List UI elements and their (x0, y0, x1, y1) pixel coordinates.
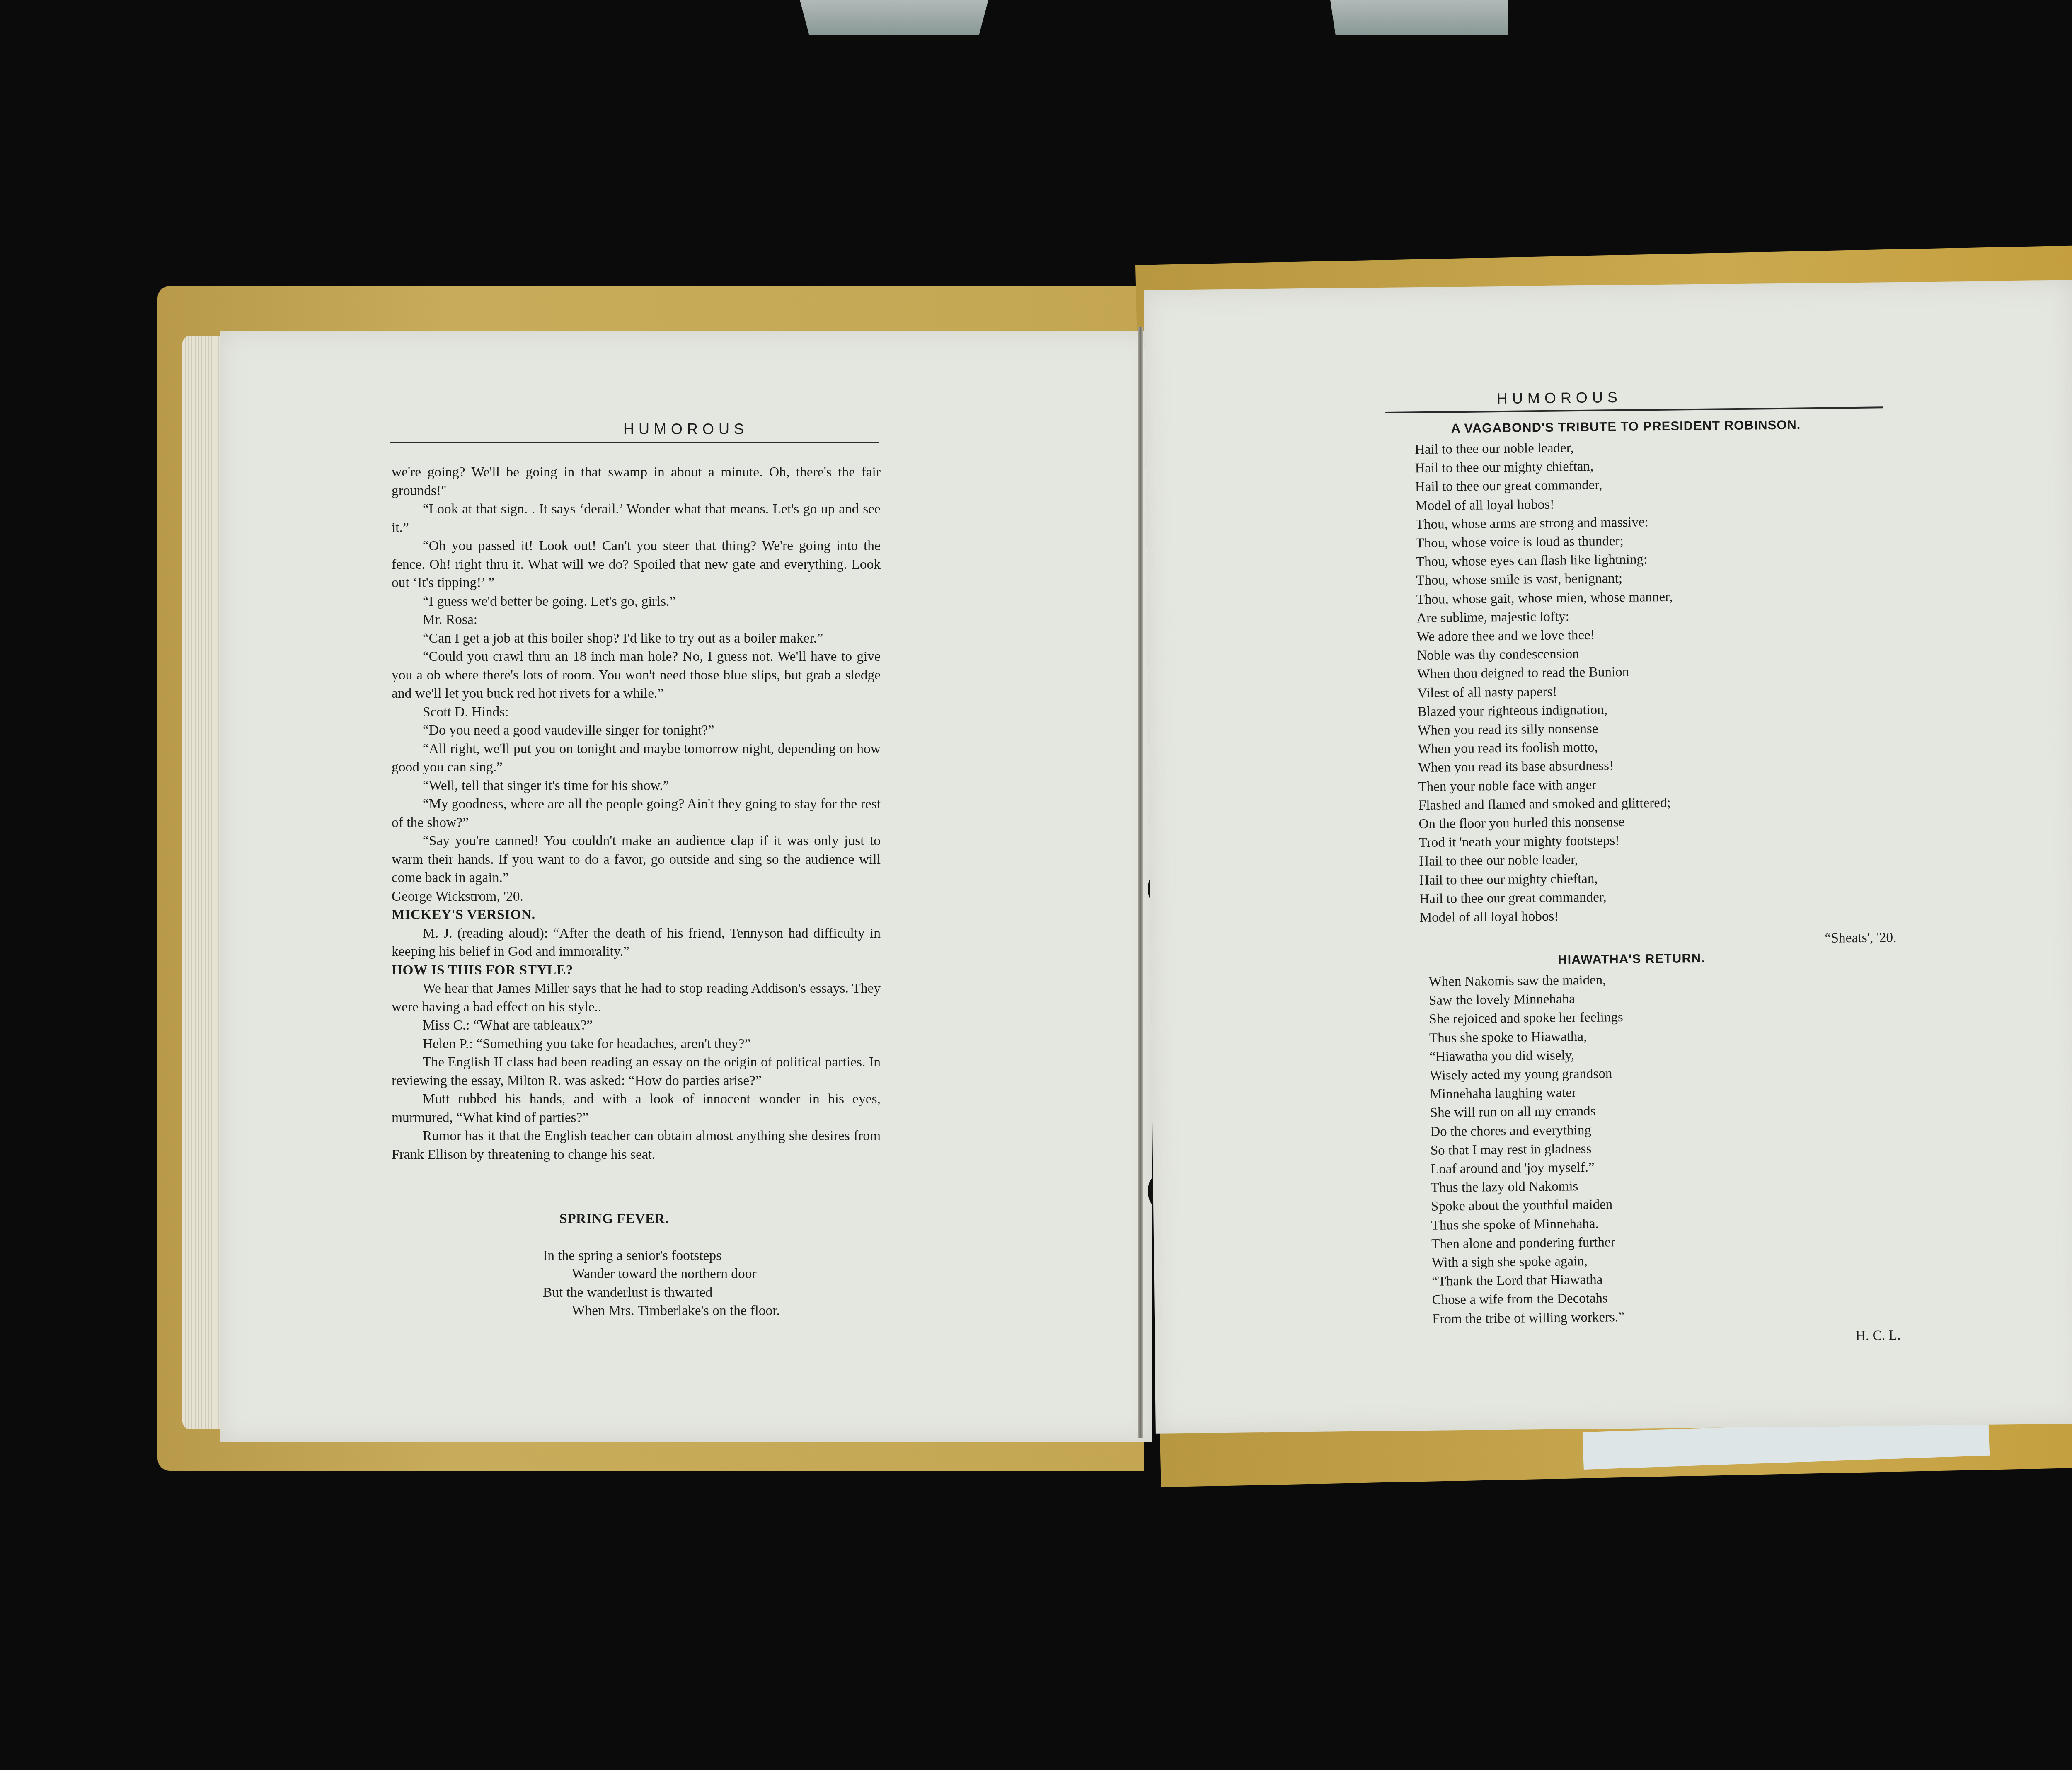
section-heading: HOW IS THIS FOR STYLE? (392, 961, 881, 980)
right-page: HUMOROUS A VAGABOND'S TRIBUTE TO PRESIDE… (1144, 280, 2072, 1434)
poem-line: But the wanderlust is thwarted (543, 1284, 874, 1302)
lamp-reflection-left (800, 0, 988, 35)
left-page: HUMOROUS we're going? We'll be going in … (220, 331, 1152, 1442)
running-head-left: HUMOROUS (220, 421, 1152, 438)
paragraph: The English II class had been reading an… (392, 1053, 881, 1090)
hiawatha-title: HIAWATHA'S RETURN. (1383, 947, 1880, 971)
book-gutter (1138, 327, 1143, 1438)
tribute-poem: Hail to thee our noble leader,Hail to th… (1415, 436, 1876, 928)
paragraph: “Oh you passed it! Look out! Can't you s… (392, 537, 881, 592)
lamp-reflection-right (1330, 0, 1508, 35)
paragraph: we're going? We'll be going in that swam… (392, 463, 881, 500)
spring-fever-title: SPRING FEVER. (559, 1210, 874, 1228)
paragraph: M. J. (reading aloud): “After the death … (392, 924, 881, 961)
header-rule-left (390, 442, 879, 443)
poem-line: In the spring a senior's footsteps (543, 1247, 874, 1265)
hiawatha-poem: When Nakomis saw the maiden,Saw the love… (1428, 968, 1888, 1328)
paragraph: “Can I get a job at this boiler shop? I'… (392, 629, 881, 648)
running-head-right: HUMOROUS (1311, 387, 1808, 409)
paragraph: “My goodness, where are all the people g… (392, 795, 881, 832)
paragraph: Mr. Rosa: (392, 611, 881, 629)
paragraph: We hear that James Miller says that he h… (392, 979, 881, 1016)
paragraph: “Well, tell that singer it's time for hi… (392, 777, 881, 796)
paragraph: “Look at that sign. . It says ‘derail.’ … (392, 500, 881, 537)
tribute-signature: “Sheats', '20. (1710, 929, 1896, 949)
paragraph: “Could you crawl thru an 18 inch man hol… (392, 648, 881, 703)
paragraph: “Do you need a good vaudeville singer fo… (392, 721, 881, 740)
left-page-body: we're going? We'll be going in that swam… (392, 463, 881, 1164)
poem-line: Wander toward the northern door (543, 1265, 874, 1284)
spring-fever-poem: SPRING FEVER. In the spring a senior's f… (543, 1210, 874, 1320)
poem-line: When Mrs. Timberlake's on the floor. (543, 1302, 874, 1320)
paragraph: Scott D. Hinds: (392, 703, 881, 722)
paragraph: Miss C.: “What are tableaux?” (392, 1016, 881, 1035)
paragraph: Mutt rubbed his hands, and with a look o… (392, 1090, 881, 1127)
paragraph: Helen P.: “Something you take for headac… (392, 1035, 881, 1054)
hiawatha-signature: H. C. L. (1735, 1326, 1900, 1347)
paragraph: “All right, we'll put you on tonight and… (392, 740, 881, 777)
tribute-title: A VAGABOND'S TRIBUTE TO PRESIDENT ROBINS… (1377, 415, 1874, 439)
section-heading: MICKEY'S VERSION. (392, 906, 881, 924)
paragraph: “I guess we'd better be going. Let's go,… (392, 592, 881, 611)
paragraph: Rumor has it that the English teacher ca… (392, 1127, 881, 1164)
paragraph: “Say you're canned! You couldn't make an… (392, 832, 881, 887)
author-signature: George Wickstrom, '20. (392, 887, 881, 906)
